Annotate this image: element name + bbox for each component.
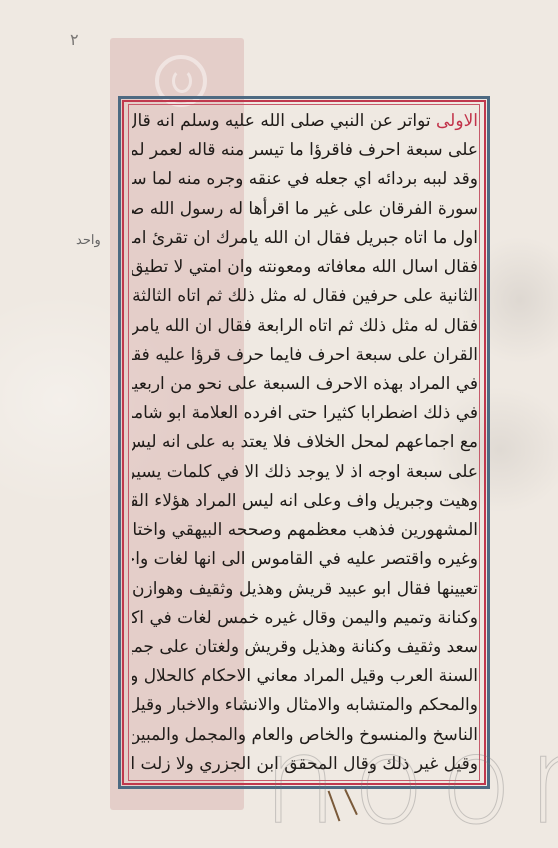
text-line: اول ما اتاه جبريل فقال ان الله يامرك ان …	[132, 223, 478, 252]
folio-number: ٢	[70, 30, 79, 49]
text-line: المشهورين فذهب معظمهم وصححه البيهقي واخت…	[132, 515, 478, 544]
manuscript-text-block: الاولى تواتر عن النبي صلى الله عليه وسلم…	[132, 106, 478, 778]
text-line: فقال له مثل ذلك ثم اتاه الرابعة فقال ان …	[132, 311, 478, 340]
text-line: مع اجماعهم لمحل الخلاف فلا يعتد به على ا…	[132, 427, 478, 456]
text-line: وقد لببه بردائه اي جعله في عنقه وجره منه…	[132, 164, 478, 193]
text-line: في المراد بهذه الاحرف السبعة على نحو من …	[132, 369, 478, 398]
text-line: السنة العرب وقيل المراد معاني الاحكام كا…	[132, 661, 478, 690]
text-line: الثانية على حرفين فقال له مثل ذلك ثم اتا…	[132, 281, 478, 310]
text-line: وهيت وجبريل واف وعلى انه ليس المراد هؤلا…	[132, 486, 478, 515]
watermark-text: noor	[262, 712, 558, 848]
text-line: وغيره واقتصر عليه في القاموس الى انها لغ…	[132, 544, 478, 573]
text-line: القران على سبعة احرف فايما حرف قرؤا عليه…	[132, 340, 478, 369]
text-line: سعد وثقيف وكنانة وهذيل وقريش ولغتان على …	[132, 632, 478, 661]
margin-note: واحد	[76, 233, 101, 248]
text-line: في ذلك اضطرابا كثيرا حتى افرده العلامة ا…	[132, 398, 478, 427]
rubric-heading: الاولى	[436, 111, 478, 131]
text-line: وكنانة وتميم واليمن وقال غيره خمس لغات ف…	[132, 603, 478, 632]
text-line: الاولى تواتر عن النبي صلى الله عليه وسلم…	[132, 106, 478, 135]
text-line: تعيينها فقال ابو عبيد قريش وهذيل وثقيف و…	[132, 574, 478, 603]
text-line: على سبعة اوجه اذ لا يوجد ذلك الا في كلما…	[132, 457, 478, 486]
text-line: سورة الفرقان على غير ما اقرأها له رسول ا…	[132, 194, 478, 223]
text-line: فقال اسال الله معافاته ومعونته وان امتي …	[132, 252, 478, 281]
text-line: على سبعة احرف فاقرؤا ما تيسر منه قاله لع…	[132, 135, 478, 164]
manuscript-page: ٢ واحد الاولى تواتر عن النبي صلى الله عل…	[0, 0, 558, 848]
